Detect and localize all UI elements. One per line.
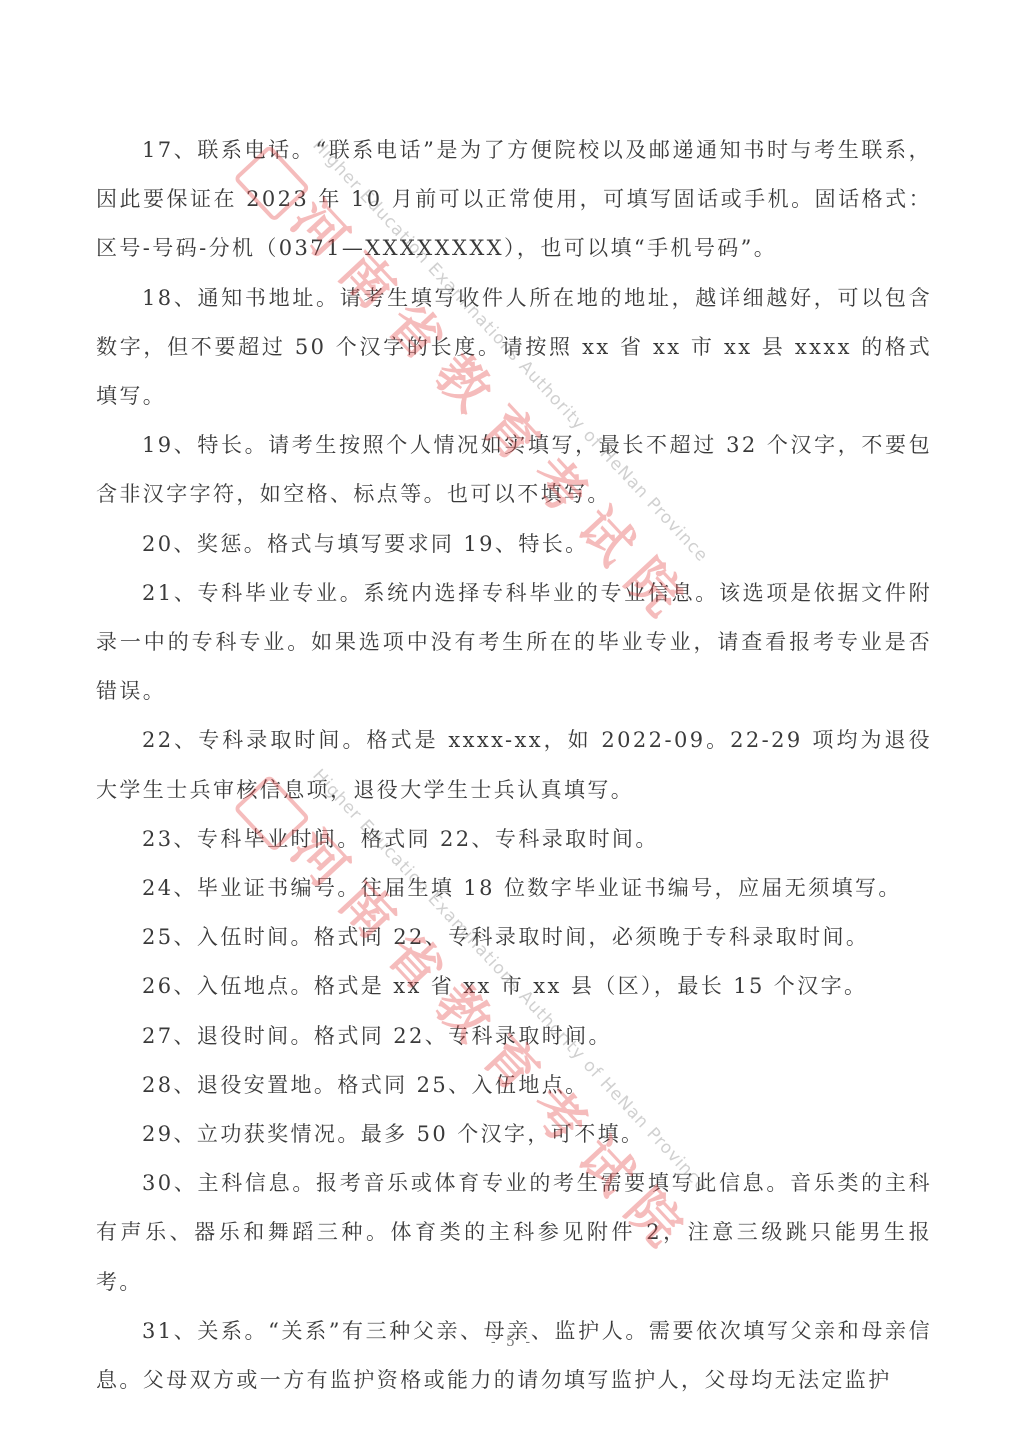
paragraph-item-28: 28、退役安置地。格式同 25、入伍地点。 — [96, 1061, 932, 1110]
paragraph-item-29: 29、立功获奖情况。最多 50 个汉字，可不填。 — [96, 1110, 932, 1159]
paragraph-item-19: 19、特长。请考生按照个人情况如实填写，最长不超过 32 个汉字，不要包含非汉字… — [96, 421, 932, 519]
paragraph-item-24: 24、毕业证书编号。往届生填 18 位数字毕业证书编号，应届无须填写。 — [96, 864, 932, 913]
paragraph-item-26: 26、入伍地点。格式是 xx 省 xx 市 xx 县（区），最长 15 个汉字。 — [96, 962, 932, 1011]
paragraph-item-21: 21、专科毕业专业。系统内选择专科毕业的专业信息。该选项是依据文件附录一中的专科… — [96, 569, 932, 717]
paragraph-item-17: 17、联系电话。“联系电话”是为了方便院校以及邮递通知书时与考生联系，因此要保证… — [96, 126, 932, 274]
paragraph-item-23: 23、专科毕业时间。格式同 22、专科录取时间。 — [96, 815, 932, 864]
paragraph-item-30: 30、主科信息。报考音乐或体育专业的考生需要填写此信息。音乐类的主科有声乐、器乐… — [96, 1159, 932, 1307]
paragraph-item-27: 27、退役时间。格式同 22、专科录取时间。 — [96, 1012, 932, 1061]
page-number: - 5 - — [0, 1334, 1024, 1350]
document-body: 17、联系电话。“联系电话”是为了方便院校以及邮递通知书时与考生联系，因此要保证… — [96, 126, 932, 1405]
paragraph-item-31: 31、关系。“关系”有三种父亲、母亲、监护人。需要依次填写父亲和母亲信息。父母双… — [96, 1307, 932, 1405]
document-page: 17、联系电话。“联系电话”是为了方便院校以及邮递通知书时与考生联系，因此要保证… — [0, 0, 1024, 1448]
paragraph-item-20: 20、奖惩。格式与填写要求同 19、特长。 — [96, 520, 932, 569]
paragraph-item-22: 22、专科录取时间。格式是 xxxx-xx，如 2022-09。22-29 项均… — [96, 716, 932, 814]
paragraph-item-25: 25、入伍时间。格式同 22、专科录取时间，必须晚于专科录取时间。 — [96, 913, 932, 962]
paragraph-item-18: 18、通知书地址。请考生填写收件人所在地的地址，越详细越好，可以包含数字，但不要… — [96, 274, 932, 422]
